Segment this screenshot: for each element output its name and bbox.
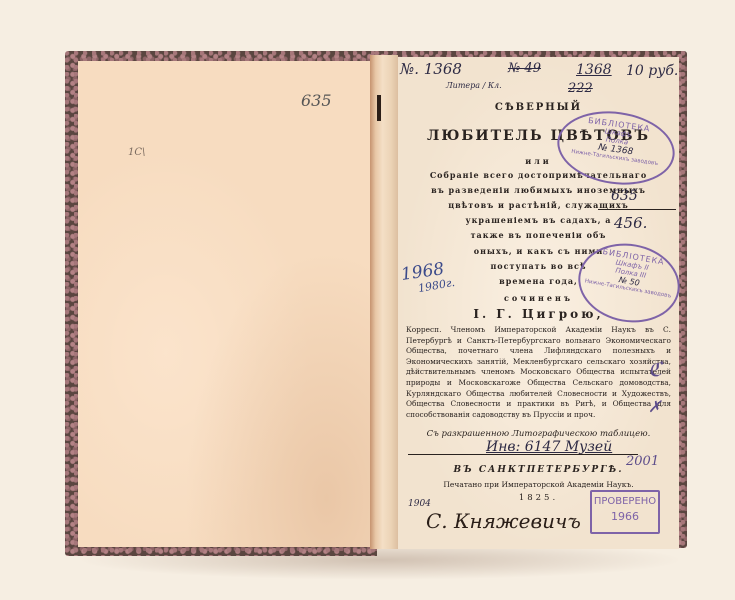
checked-year: 1966 (592, 510, 658, 523)
number-1368: 1368 (576, 62, 612, 78)
margin-number-635: 635 (611, 188, 638, 204)
mark-label: Литера / Кл. (446, 81, 502, 90)
left-endpaper: 635 1С\ (78, 61, 370, 547)
book-spine-gutter (370, 55, 398, 549)
margin-number-456: 456. (614, 214, 647, 232)
crossed-number: № 49 (508, 61, 541, 76)
margin-number-2001: 2001 (626, 454, 659, 469)
shelf-number: №. 1368 (400, 60, 462, 78)
crossed-222: 222 (568, 81, 593, 96)
author-credentials: Корресп. Членомъ Императорской Академіи … (398, 325, 679, 420)
divider-rule (408, 454, 638, 455)
checked-label: ПРОВЕРЕНО (592, 496, 658, 507)
year-note: 1904 (408, 499, 431, 509)
checked-stamp: ПРОВЕРЕНО 1966 (590, 490, 660, 534)
margin-cross-icon: ✗ (648, 397, 661, 416)
pencil-mark: 1С\ (128, 147, 145, 158)
margin-checkmark-icon: ℭ (648, 357, 662, 381)
gutter-tear (377, 95, 381, 121)
title-line-1: СѢВЕРНЫЙ (398, 102, 679, 113)
price: 10 руб. (626, 63, 678, 79)
inventory-note: Инв: 6147 Музей (486, 439, 612, 455)
pencil-number: 635 (301, 91, 332, 110)
margin-rule (598, 209, 676, 210)
owner-signature: С. Княжевичъ (426, 509, 581, 533)
lithograph-note: Съ разкрашенною Литографическою таблицею… (398, 429, 679, 439)
printer-line: Печатано при Императорской Академіи Наук… (398, 480, 679, 489)
